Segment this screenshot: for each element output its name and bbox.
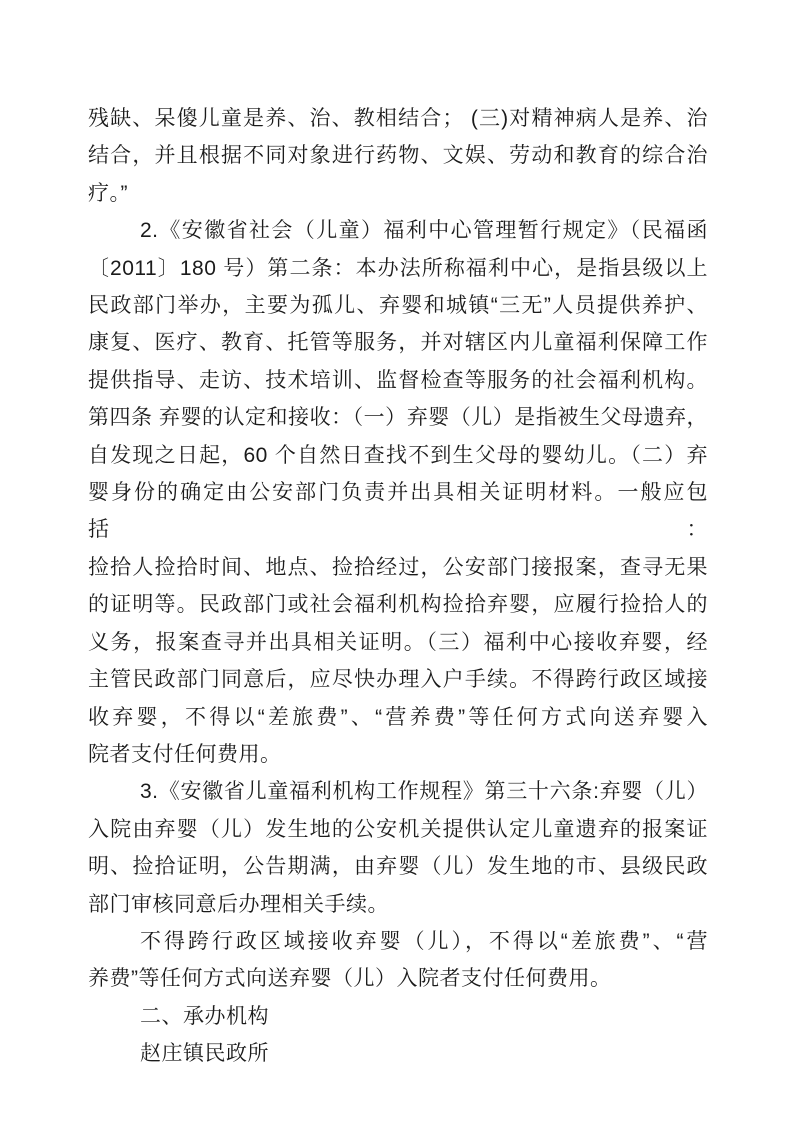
text-line: 康复、医疗、教育、托管等服务，并对辖区内儿童福利保障工作 <box>88 324 708 361</box>
text-line: 收弃婴，不得以“差旅费”、“营养费”等任何方式向送弃婴入 <box>88 699 708 736</box>
text-line: 提供指导、走访、技术培训、监督检查等服务的社会福利机构。 <box>88 362 708 399</box>
text-line: 的证明等。民政部门或社会福利机构捡拾弃婴，应履行捡拾人的 <box>88 586 708 623</box>
text-line: 部门审核同意后办理相关手续。 <box>88 886 708 923</box>
document-text-block: 残缺、呆傻儿童是养、治、教相结合； (三)对精神病人是养、治 结合，并且根据不同… <box>88 100 708 1073</box>
text-line: 自发现之日起，60 个自然日查找不到生父母的婴幼儿。（二）弃 <box>88 437 708 474</box>
text-line: 院者支付任何费用。 <box>88 736 708 773</box>
text-line: 二、承办机构 <box>88 998 708 1035</box>
text-line: 民政部门举办，主要为孤儿、弃婴和城镇“三无”人员提供养护、 <box>88 287 708 324</box>
text-line: 明、捡拾证明，公告期满，由弃婴（儿）发生地的市、县级民政 <box>88 848 708 885</box>
text-line: 结合，并且根据不同对象进行药物、文娱、劳动和教育的综合治 <box>88 137 708 174</box>
text-line: 疗。” <box>88 175 708 212</box>
text-line: 赵庄镇民政所 <box>88 1035 708 1072</box>
document-page: 残缺、呆傻儿童是养、治、教相结合； (三)对精神病人是养、治 结合，并且根据不同… <box>0 0 793 1122</box>
text-line: 第四条 弃婴的认定和接收：（一）弃婴（儿）是指被生父母遗弃， <box>88 399 708 436</box>
text-line: 残缺、呆傻儿童是养、治、教相结合； (三)对精神病人是养、治 <box>88 100 708 137</box>
text-line: 入院由弃婴（儿）发生地的公安机关提供认定儿童遗弃的报案证 <box>88 811 708 848</box>
text-line: 义务，报案查寻并出具相关证明。（三）福利中心接收弃婴，经 <box>88 624 708 661</box>
text-line: 主管民政部门同意后，应尽快办理入户手续。不得跨行政区域接 <box>88 661 708 698</box>
text-line: 3.《安徽省儿童福利机构工作规程》第三十六条:弃婴（儿） <box>88 773 708 810</box>
text-line: 2.《安徽省社会（儿童）福利中心管理暂行规定》（民福函 <box>88 212 708 249</box>
text-line: 捡拾人捡拾时间、地点、捡拾经过，公安部门接报案，查寻无果 <box>88 549 708 586</box>
text-line: 养费”等任何方式向送弃婴（儿）入院者支付任何费用。 <box>88 960 708 997</box>
text-line: 婴身份的确定由公安部门负责并出具相关证明材料。一般应包括： <box>88 474 708 549</box>
text-line: 〔2011〕180 号）第二条：本办法所称福利中心，是指县级以上 <box>88 250 708 287</box>
text-line: 不得跨行政区域接收弃婴（儿），不得以“差旅费”、“营 <box>88 923 708 960</box>
